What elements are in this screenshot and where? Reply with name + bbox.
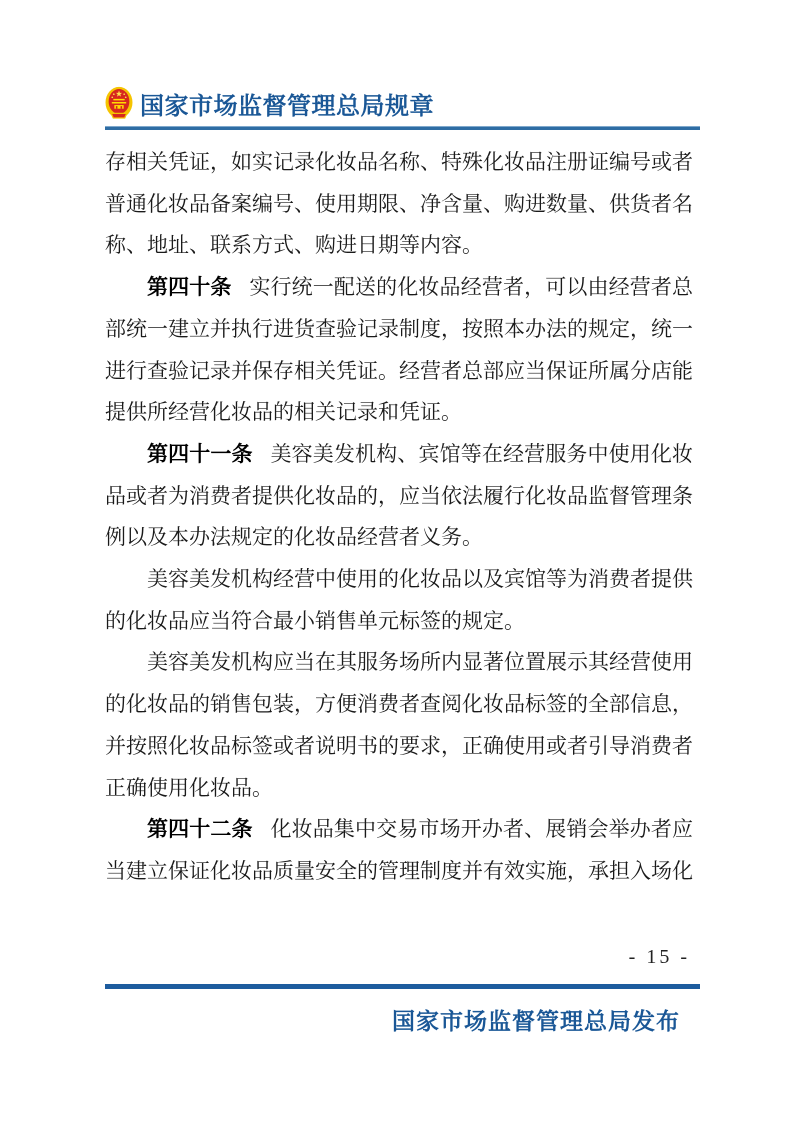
document-page: 国家市场监督管理总局规章 存相关凭证，如实记录化妆品名称、特殊化妆品注册证编号或… [0,0,793,1122]
body-paragraph-article-42: 第四十二条化妆品集中交易市场开办者、展销会举办者应当建立保证化妆品质量安全的管理… [105,809,693,892]
body-paragraph-article-40: 第四十条实行统一配送的化妆品经营者，可以由经营者总部统一建立并执行进货查验记录制… [105,267,693,434]
document-body: 存相关凭证，如实记录化妆品名称、特殊化妆品注册证编号或者普通化妆品备案编号、使用… [105,142,693,893]
page-number: - 15 - [105,946,690,969]
article-number: 第四十一条 [147,443,253,466]
footer-rule [105,984,700,989]
body-paragraph-continuation: 存相关凭证，如实记录化妆品名称、特殊化妆品注册证编号或者普通化妆品备案编号、使用… [105,142,693,267]
body-paragraph: 美容美发机构应当在其服务场所内显著位置展示其经营使用的化妆品的销售包装，方便消费… [105,642,693,809]
national-emblem-icon [105,86,133,120]
document-header: 国家市场监督管理总局规章 [105,84,700,122]
paragraph-text: 美容美发机构应当在其服务场所内显著位置展示其经营使用的化妆品的销售包装，方便消费… [105,650,693,799]
paragraph-text: 存相关凭证，如实记录化妆品名称、特殊化妆品注册证编号或者普通化妆品备案编号、使用… [105,150,693,257]
header-title: 国家市场监督管理总局规章 [140,86,434,121]
footer-publisher: 国家市场监督管理总局发布 [105,1003,680,1036]
body-paragraph-article-41: 第四十一条美容美发机构、宾馆等在经营服务中使用化妆品或者为消费者提供化妆品的，应… [105,434,693,559]
body-paragraph: 美容美发机构经营中使用的化妆品以及宾馆等为消费者提供的化妆品应当符合最小销售单元… [105,559,693,642]
article-number: 第四十条 [147,276,232,299]
paragraph-text: 美容美发机构经营中使用的化妆品以及宾馆等为消费者提供的化妆品应当符合最小销售单元… [105,567,693,633]
header-rule [105,126,700,130]
article-number: 第四十二条 [147,818,253,841]
